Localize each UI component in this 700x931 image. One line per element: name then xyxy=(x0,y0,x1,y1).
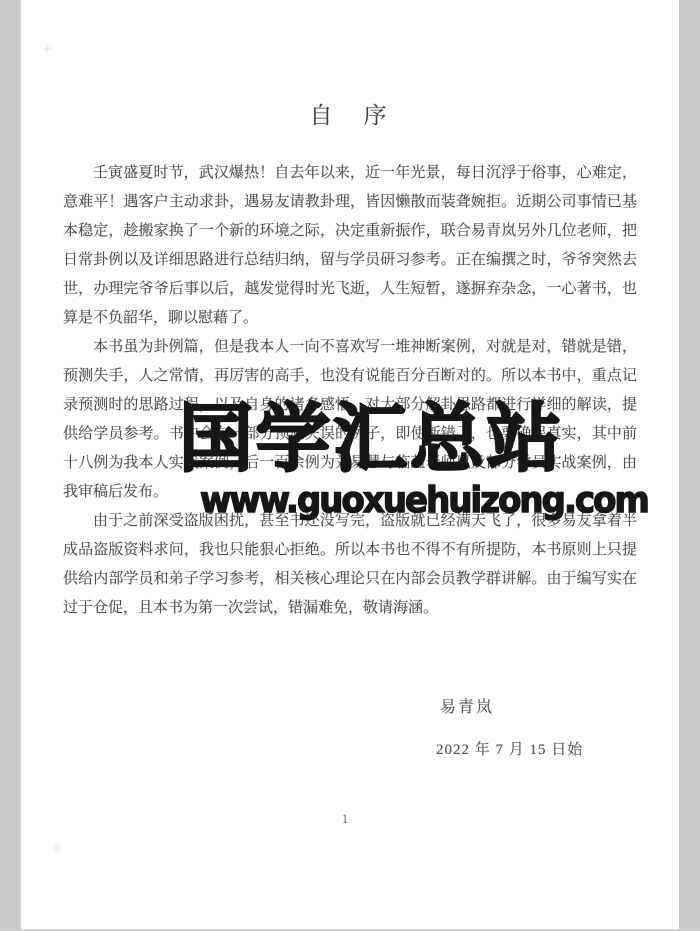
scan-edge-line xyxy=(672,0,673,931)
author-signature: 易青岚 xyxy=(440,694,494,717)
preface-title: 自 序 xyxy=(63,97,637,130)
paragraph: 壬寅盛夏时节，武汉爆热！自去年以来，近一年光景，每日沉浮于俗事，心难定，意难平！… xyxy=(63,159,637,333)
signature-date: 2022 年 7 月 15 日始 xyxy=(436,738,583,759)
scan-artifact xyxy=(53,844,61,852)
scanned-page: ✳ 自 序 壬寅盛夏时节，武汉爆热！自去年以来，近一年光景，每日沉浮于俗事，心难… xyxy=(0,0,700,931)
scan-margin-right xyxy=(679,0,700,931)
scan-artifact: ✳ xyxy=(42,42,53,57)
scan-margin-left xyxy=(0,0,21,931)
page-number: 1 xyxy=(330,811,360,827)
watermark-site-url: www.guoxuehuizong.com xyxy=(200,479,648,522)
watermark-site-name: 国学汇总站 xyxy=(179,402,564,476)
paragraph: 由于之前深受盗版困扰，甚至书还没写完，盗版就已经满天飞了，很多易友拿着半成品盗版… xyxy=(63,507,637,623)
preface-body: 壬寅盛夏时节，武汉爆热！自去年以来，近一年光景，每日沉浮于俗事，心难定，意难平！… xyxy=(63,159,637,623)
